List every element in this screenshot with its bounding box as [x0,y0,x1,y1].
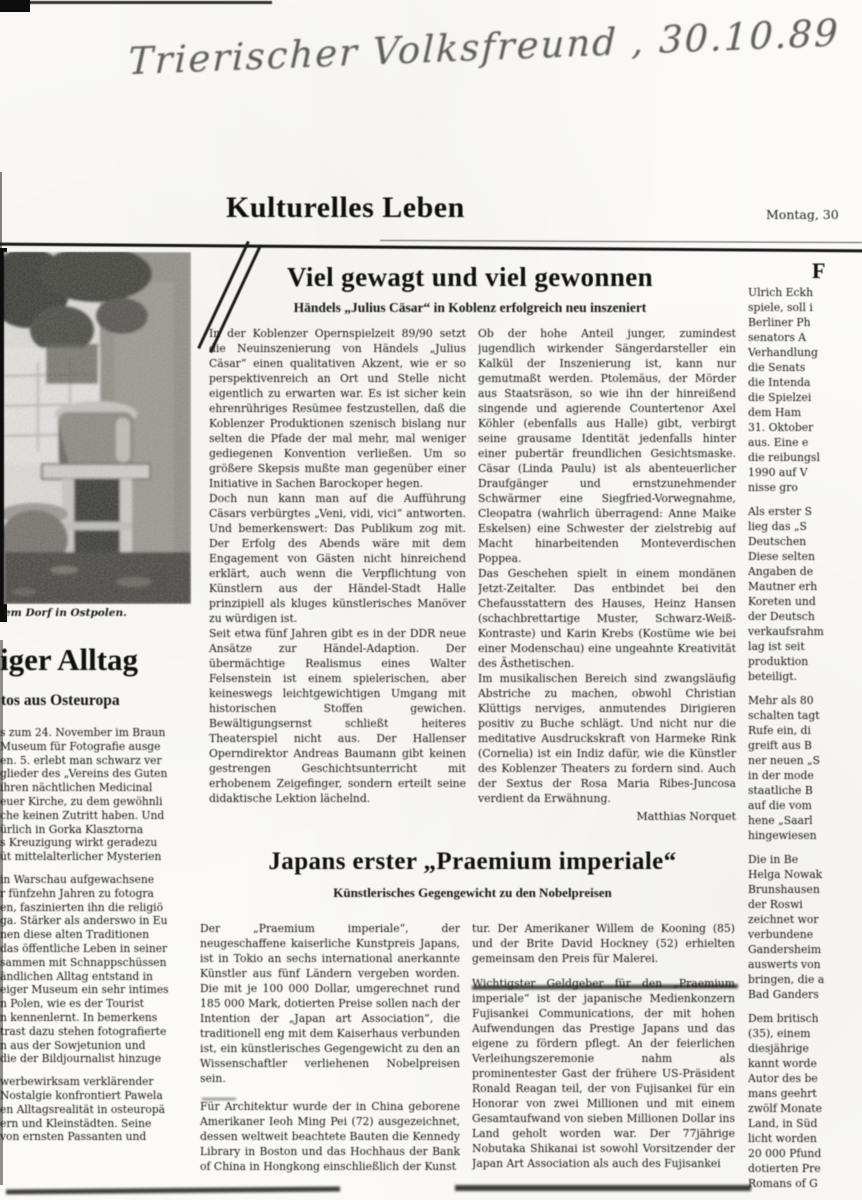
opera-article-col2-text: Ob der hohe Anteil junger, zumindest jug… [478,326,736,806]
scan-artifact-left-line-upper [0,172,2,250]
left-article-text: s zum 24. November im BraunMuseum für Fo… [0,726,186,1146]
right-column-headline-fragment: F [812,258,825,284]
japan-article-subtitle: Künstlerisches Gegengewicht zu den Nobel… [200,885,745,901]
japan-article-title: Japans erster „Praemium imperiale“ [200,848,745,876]
opera-article-col2: Ob der hohe Anteil junger, zumindest jug… [478,326,736,826]
masthead-rule [0,243,862,252]
photo-village-scene [4,252,191,604]
handwritten-note: Trierischer Volksfreund , 30.10.89 [128,12,841,84]
opera-article-byline: Matthias Norquet [478,809,736,824]
opera-article-col1: In der Koblenzer Opernspielzeit 89/90 se… [209,326,466,838]
scan-artifact-bottom-left [6,1187,340,1195]
japan-article-col1: Der „Praemium imperiale“, der neugeschaf… [200,921,460,1192]
opera-article-subtitle: Händels „Julius Cäsar“ in Koblenz erfolg… [200,300,740,316]
scan-artifact-left-line-lower [0,640,3,1185]
masthead-rule-secondary [380,240,862,243]
section-title: Kulturelles Leben [226,191,465,225]
scan-artifact-bottom-center [455,1185,751,1191]
left-article-subtitle: tos aus Osteuropa [1,692,120,710]
newspaper-scan-page: Trierischer Volksfreund , 30.10.89 Kultu… [0,0,862,1200]
left-article-title: iger Alltag [0,642,138,678]
japan-article-col2: tur. Der Amerikaner Willem de Kooning (8… [472,921,735,1192]
photo-village-scene-svg [4,252,191,604]
scan-artifact-top-line [24,1,272,4]
masthead-date: Montag, 30 [766,207,839,222]
scan-artifact-underline-sein [202,1098,236,1100]
photo-caption: em Dorf in Ostpolen. [4,607,127,619]
right-column-text: Ulrich Eckhspiele, soll iBerliner Phsena… [748,286,862,1200]
opera-article-title: Viel gewagt und viel gewonnen [200,262,740,293]
